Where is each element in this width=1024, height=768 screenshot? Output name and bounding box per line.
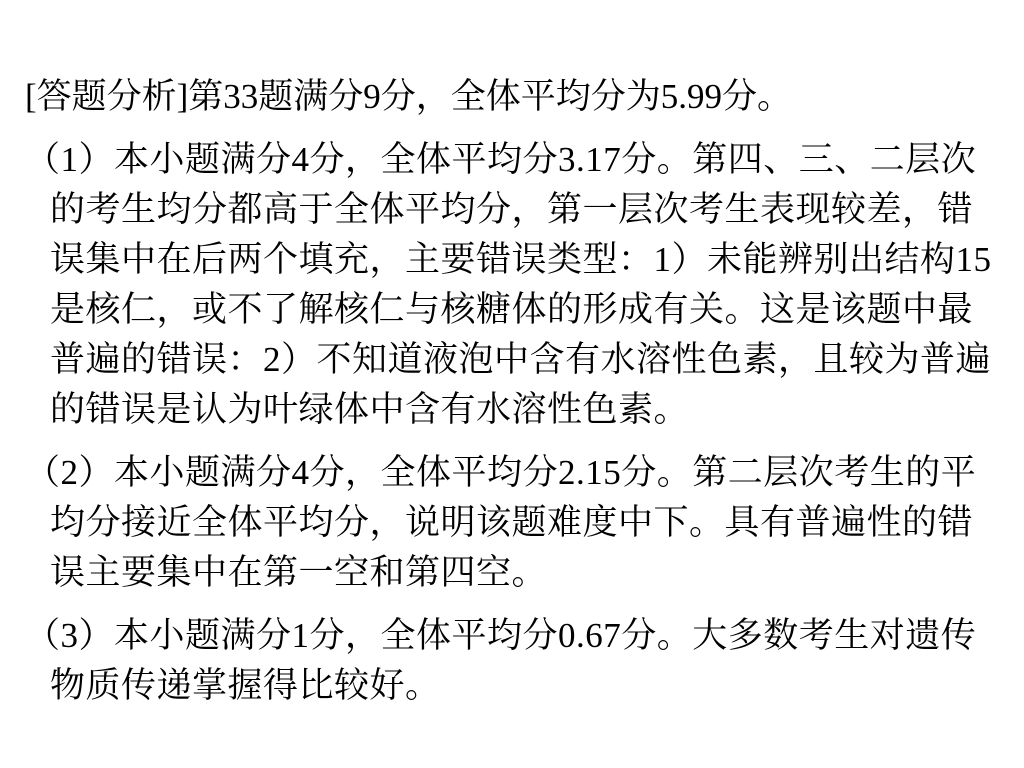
analysis-heading: [答题分析]第33题满分9分，全体平均分为5.99分。	[25, 72, 1002, 122]
paragraph-part2: （2）本小题满分4分，全体平均分2.15分。第二层次考生的平均分接近全体平均分，…	[25, 448, 1002, 598]
paragraph-part3: （3）本小题满分1分，全体平均分0.67分。大多数考生对遗传物质传递掌握得比较好…	[25, 611, 1002, 711]
slide: [答题分析]第33题满分9分，全体平均分为5.99分。 （1）本小题满分4分，全…	[0, 0, 1024, 768]
paragraph-part1: （1）本小题满分4分，全体平均分3.17分。第四、三、二层次的考生均分都高于全体…	[25, 135, 1002, 435]
